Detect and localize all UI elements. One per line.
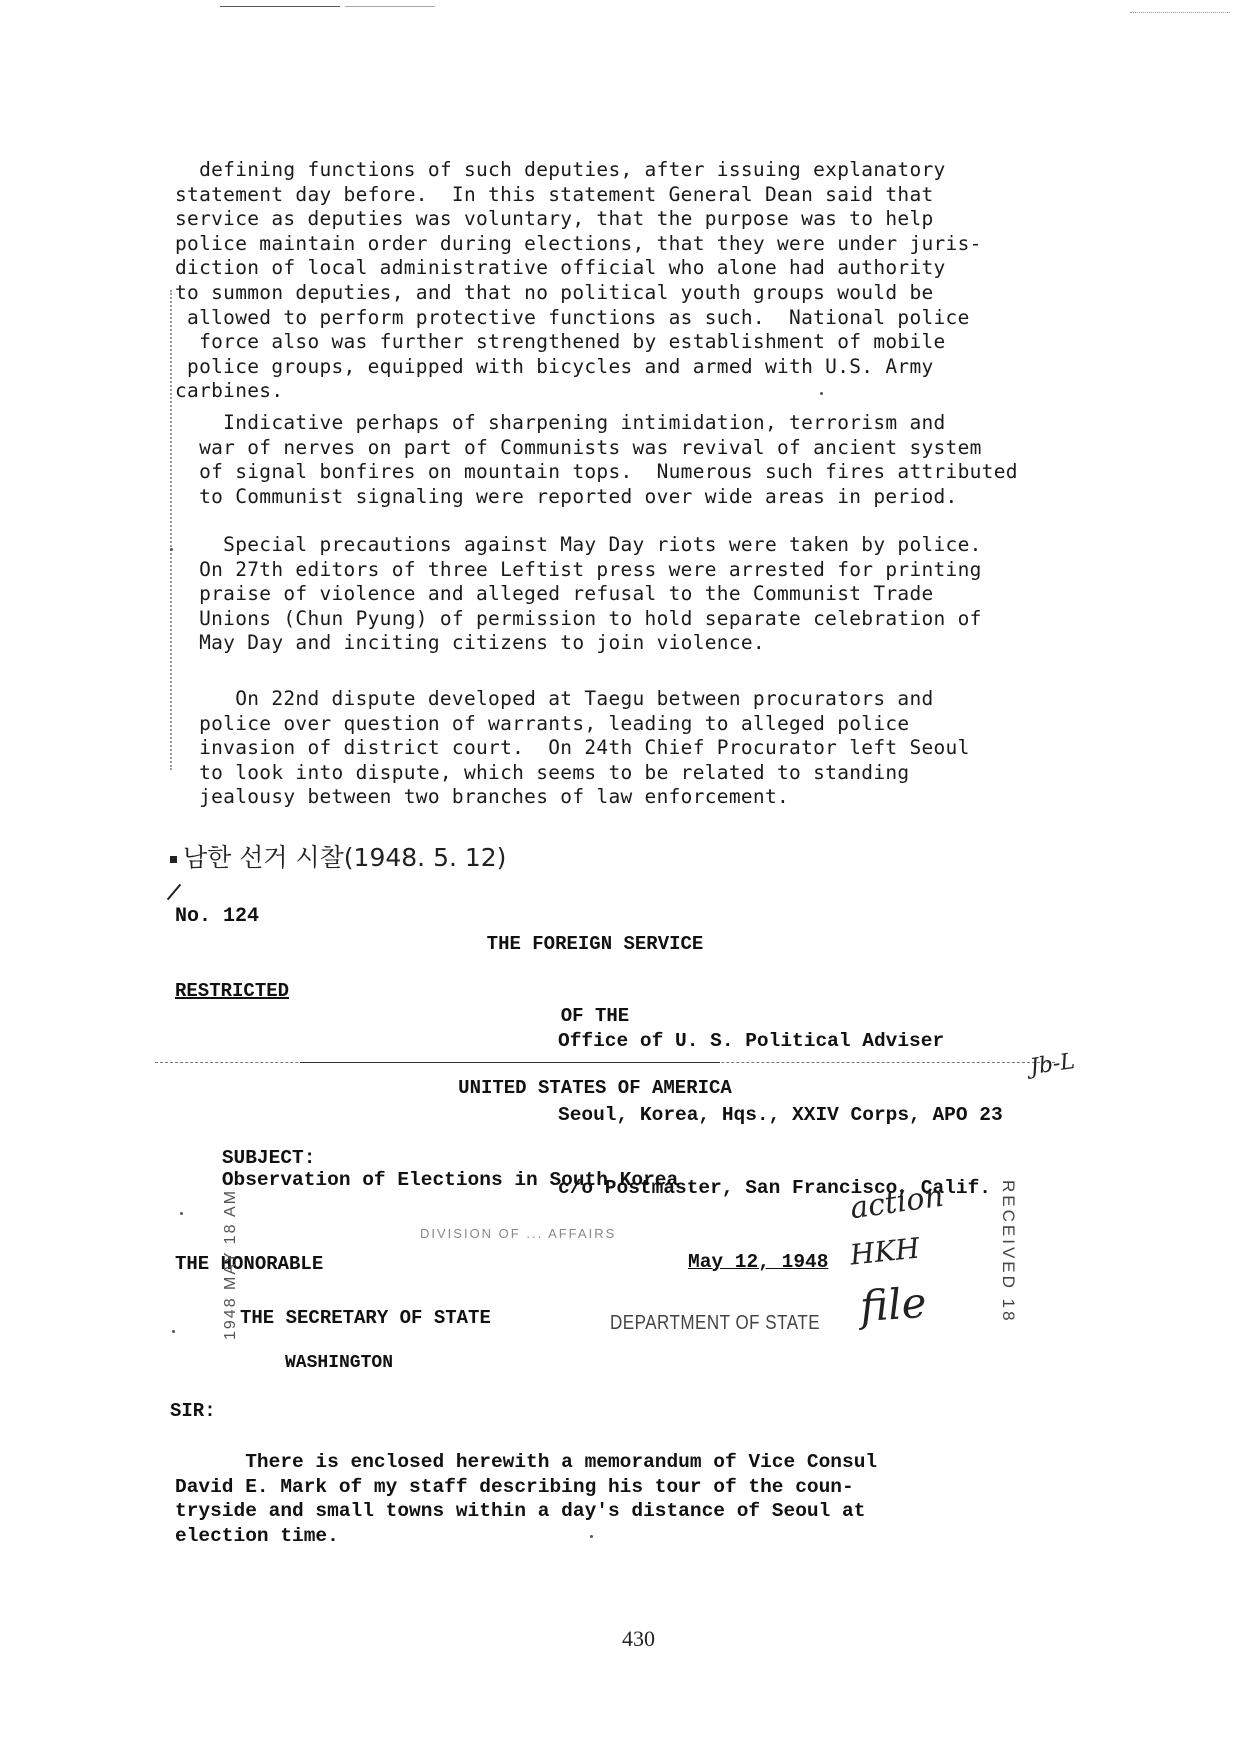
section-heading: 남한 선거 시찰(1948. 5. 12) [170,838,506,874]
text-line: police maintain order during elections, … [175,232,982,257]
scan-edge-line [345,6,435,7]
text-line: war of nerves on part of Communists was … [175,436,1018,461]
text-line: to look into dispute, which seems to be … [175,761,970,786]
page-number: 430 [622,1626,655,1652]
subject-text: Observation of Elections in South Korea [222,1169,678,1191]
paragraph-taegu-dispute: On 22nd dispute developed at Taegu betwe… [175,687,970,810]
text-line: service as deputies was voluntary, that … [175,207,982,232]
text-line: Indicative perhaps of sharpening intimid… [175,411,1018,436]
department-of-state-stamp: DEPARTMENT OF STATE [610,1311,820,1335]
handwritten-margin-note: Jb-L [1028,1049,1076,1080]
addressee-secretary: THE SECRETARY OF STATE [240,1307,491,1329]
despatch-date: May 12, 1948 [558,1250,1003,1275]
text-line: to summon deputies, and that no politica… [175,281,982,306]
section-heading-text: 남한 선거 시찰(1948. 5. 12) [183,843,506,872]
office-line: Office of U. S. Political Adviser [558,1029,1003,1054]
scan-margin-dots [170,290,174,770]
text-line: election time. [175,1524,877,1549]
text-line: force also was further strengthened by e… [175,330,982,355]
text-line: May Day and inciting citizens to join vi… [175,631,982,656]
letterhead-line: THE FOREIGN SERVICE [380,932,810,956]
text-line: tryside and small towns within a day's d… [175,1499,877,1524]
text-line: of signal bonfires on mountain tops. Num… [175,460,1018,485]
despatch-number: No. 124 [175,905,259,928]
addressee-city: WASHINGTON [285,1353,393,1373]
date-received-stamp: 1948 MAY 18 AM [222,1189,240,1340]
text-line: carbines. [175,379,982,404]
text-line: Unions (Chun Pyung) of permission to hol… [175,607,982,632]
scan-speck [172,1330,175,1333]
despatch-body: There is enclosed herewith a memorandum … [175,1450,877,1548]
separator-line [300,1062,720,1063]
text-line: jealousy between two branches of law enf… [175,785,970,810]
bullet-icon [170,856,177,863]
subject-label: SUBJECT: [222,1147,316,1169]
paragraph-bonfires: Indicative perhaps of sharpening intimid… [175,411,1018,509]
text-line: allowed to perform protective functions … [175,306,982,331]
text-line: to Communist signaling were reported ove… [175,485,1018,510]
text-line: Special precautions against May Day riot… [175,533,982,558]
document-page: defining functions of such deputies, aft… [0,0,1240,1755]
text-line: David E. Mark of my staff describing his… [175,1475,877,1500]
handwritten-file-note: file [858,1278,928,1332]
text-line: On 22nd dispute developed at Taegu betwe… [175,687,970,712]
text-line: police groups, equipped with bicycles an… [175,355,982,380]
paragraph-may-day: Special precautions against May Day riot… [175,533,982,656]
subject-line: SUBJECT: Observation of Elections in Sou… [175,1125,678,1213]
text-line: invasion of district court. On 24th Chie… [175,736,970,761]
salutation: SIR: [170,1400,216,1422]
scan-edge-line [1130,12,1230,14]
received-stamp: RECEIVED 18 [998,1180,1018,1324]
text-line: praise of violence and alleged refusal t… [175,582,982,607]
faint-division-stamp: DIVISION OF ... AFFAIRS [420,1226,616,1241]
text-line: police over question of warrants, leadin… [175,712,970,737]
text-line: defining functions of such deputies, aft… [175,158,982,183]
text-line: diction of local administrative official… [175,256,982,281]
text-line: statement day before. In this statement … [175,183,982,208]
text-line: There is enclosed herewith a memorandum … [175,1450,877,1475]
office-line: Seoul, Korea, Hqs., XXIV Corps, APO 23 [558,1103,1003,1128]
scan-speck [820,392,823,395]
text-line: On 27th editors of three Leftist press w… [175,558,982,583]
scan-speck [170,548,173,551]
scan-speck [180,1212,183,1215]
paragraph-deputies: defining functions of such deputies, aft… [175,158,982,404]
scan-speck [590,1535,593,1538]
classification-marking: RESTRICTED [175,980,289,1002]
scan-edge-line [220,6,340,7]
pen-mark [167,884,181,901]
addressee-honorable: THE HONORABLE [175,1253,323,1275]
